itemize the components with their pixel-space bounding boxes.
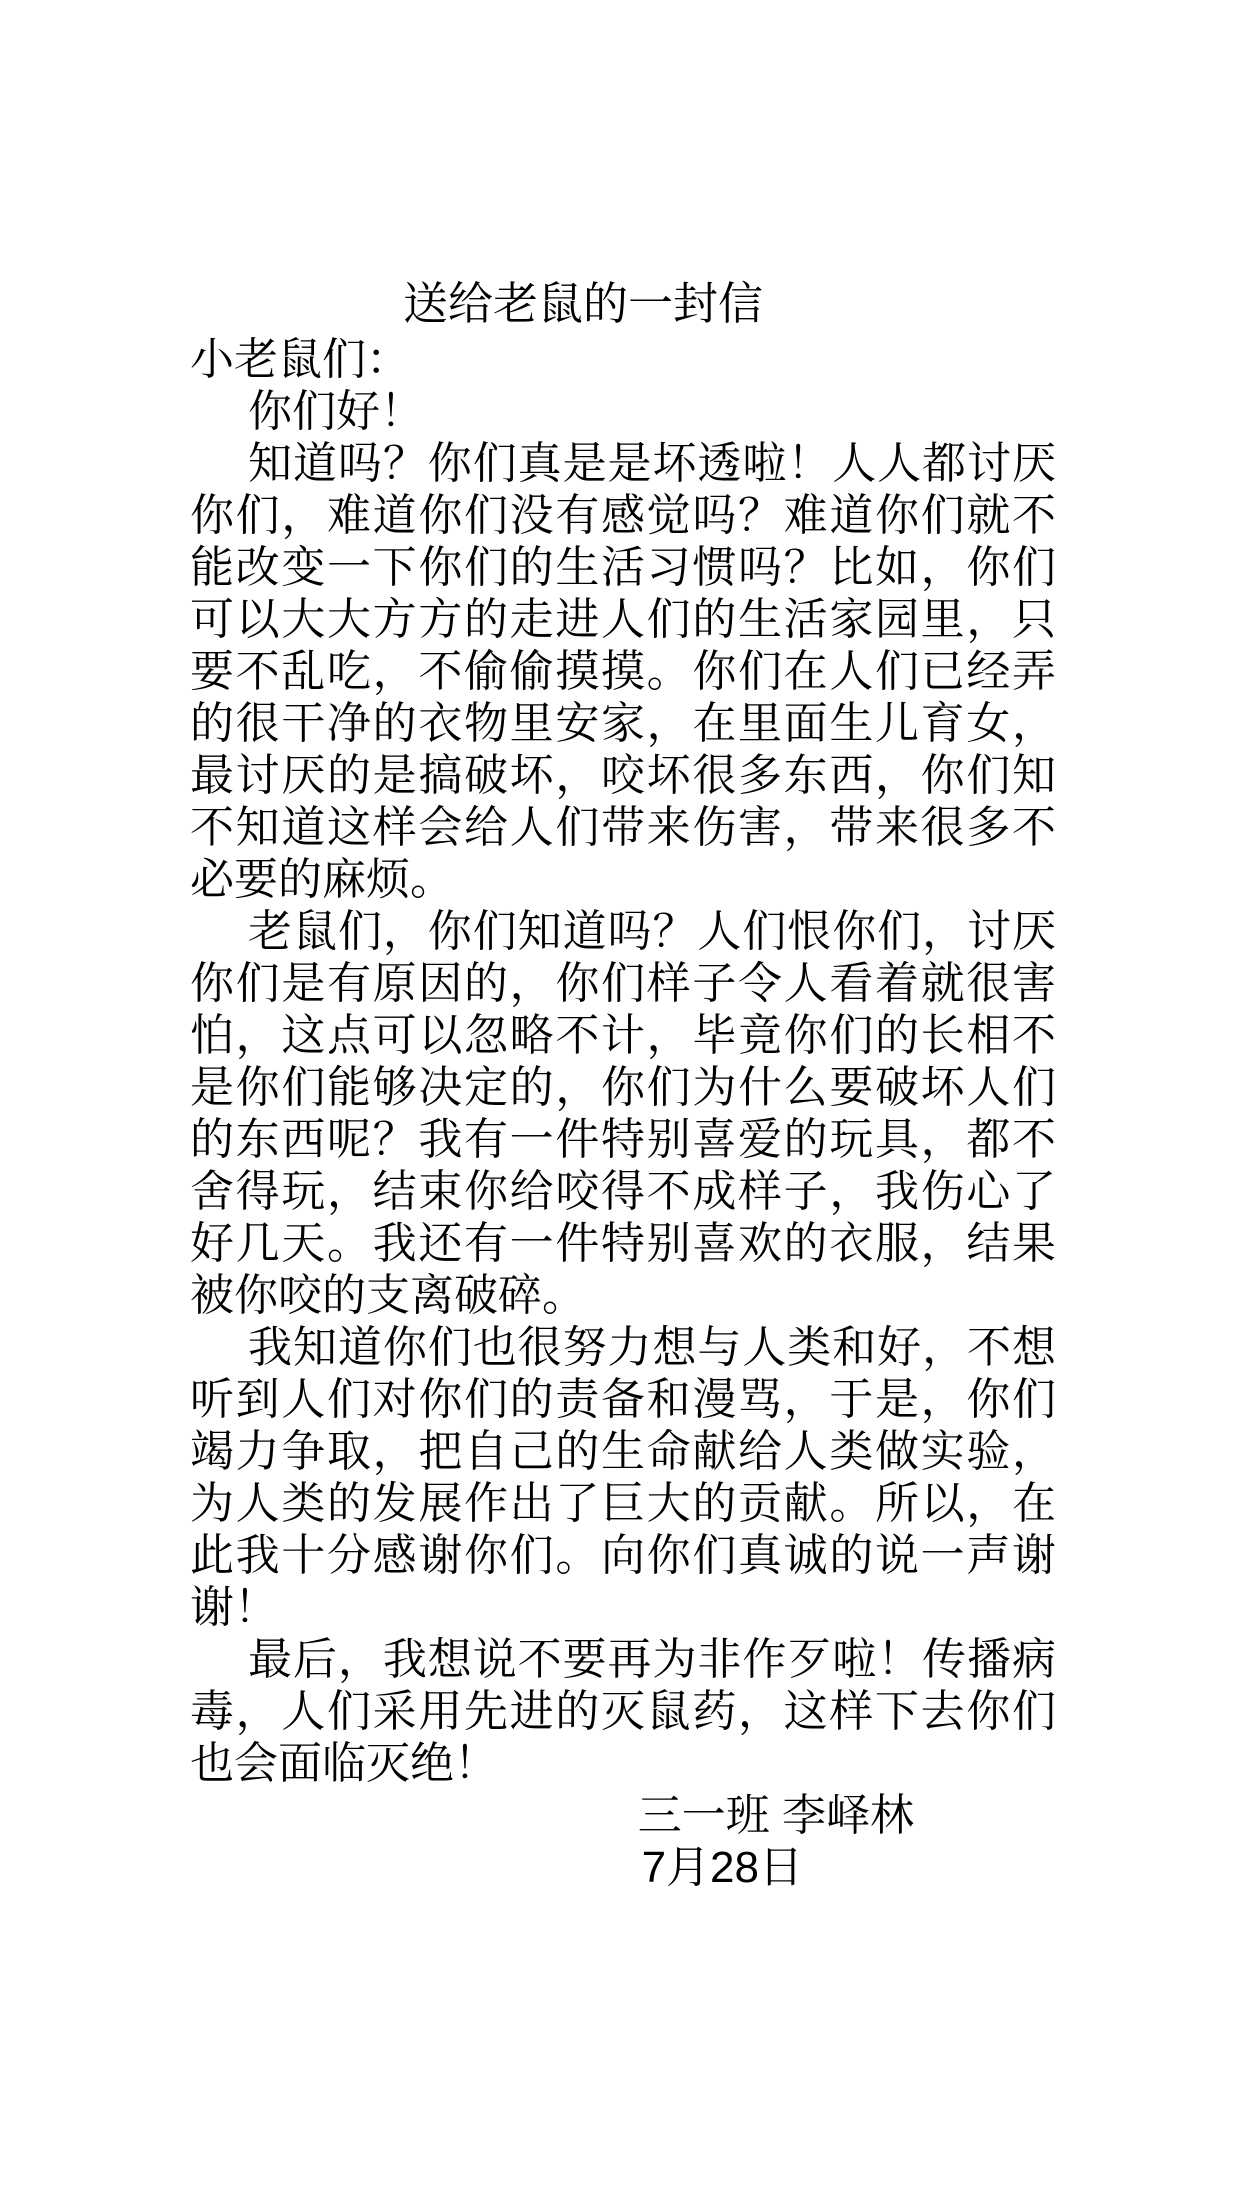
- letter-title: 送给老鼠的一封信: [150, 274, 1016, 334]
- letter-date: 7月28日: [190, 1842, 1056, 1894]
- letter-paragraph-2: 老鼠们，你们知道吗？人们恨你们，讨厌你们是有原因的，你们样子令人看着就很害怕，这…: [190, 906, 1056, 1322]
- letter-salutation: 小老鼠们：: [190, 334, 1056, 386]
- letter-paragraph-4: 最后，我想说不要再为非作歹啦！传播病毒，人们采用先进的灭鼠药，这样下去你们也会面…: [190, 1634, 1056, 1790]
- letter-paragraph-1: 知道吗？你们真是是坏透啦！人人都讨厌你们，难道你们没有感觉吗？难道你们就不能改变…: [190, 438, 1056, 906]
- letter-body: 送给老鼠的一封信 小老鼠们： 你们好！ 知道吗？你们真是是坏透啦！人人都讨厌你们…: [190, 274, 1056, 1894]
- letter-page: 送给老鼠的一封信 小老鼠们： 你们好！ 知道吗？你们真是是坏透啦！人人都讨厌你们…: [0, 0, 1242, 2208]
- letter-paragraph-3: 我知道你们也很努力想与人类和好，不想听到人们对你们的责备和漫骂，于是，你们竭力争…: [190, 1322, 1056, 1634]
- letter-greeting: 你们好！: [190, 386, 1056, 438]
- letter-signature: 三一班 李峄林: [190, 1790, 1056, 1842]
